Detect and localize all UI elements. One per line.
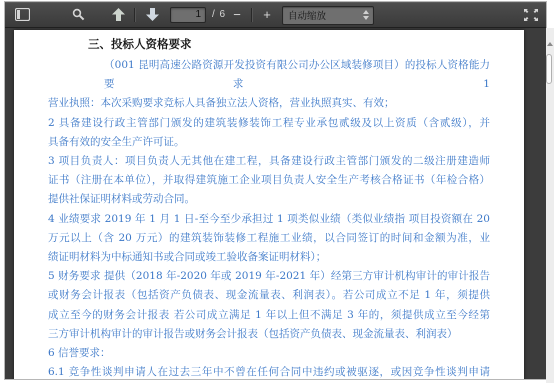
text-line: 营业执照：本次采购要求竞标人具备独立法人资格，营业执照真实、有效；	[48, 94, 490, 113]
text-line: 4 业绩要求 2019 年 1 月 1 日-至今至少承担过 1 项类似业绩（类似…	[48, 210, 490, 229]
document-text: （001 昆明高速公路资源开发投资有限公司办公区域装修项目）的投标人资格能力要求…	[48, 56, 490, 379]
presentation-mode-button[interactable]	[520, 5, 542, 25]
zoom-select-value: 自动缩放	[288, 8, 326, 22]
page-down-button[interactable]	[141, 5, 163, 25]
arrow-up-icon	[112, 8, 125, 21]
text-line: （001 昆明高速公路资源开发投资有限公司办公区域装修项目）的投标人资格能力要求…	[48, 56, 490, 94]
chevron-up-down-icon	[362, 10, 369, 20]
sidebar-toggle-icon	[15, 8, 30, 21]
text-line: 三方审计机构审计的审计报告或财务会计报表（包括资产负债表、现金流量表、利润表）	[48, 325, 490, 344]
toolbar-separator	[134, 8, 136, 22]
scrollbar-thumb[interactable]	[546, 54, 552, 84]
text-line: 具备有效的安全生产许可证。	[48, 133, 490, 152]
text-line: 5 财务要求 提供（2018 年-2020 年或 2019 年-2021 年）经…	[48, 267, 490, 286]
search-icon	[72, 8, 85, 21]
page-scrollbar[interactable]	[546, 28, 554, 383]
text-line: 证书（注册在本单位），并取得建筑施工企业项目负责人安全生产考核合格证书（年检合格…	[48, 171, 490, 190]
text-line: 成立至今的财务会计报表 若公司成立满足 1 年以上但不满足 3 年的，须提供成立…	[48, 306, 490, 325]
text-line: 6 信誉要求：	[48, 344, 490, 363]
toolbar-separator	[251, 8, 253, 22]
page-number-input[interactable]	[170, 7, 206, 23]
pdf-toolbar: / 6 − + 自动缩放	[5, 2, 546, 28]
arrow-down-icon	[146, 8, 159, 21]
text-line: 提供社保证明材料或劳动合同。	[48, 190, 490, 209]
viewer-content: 三、投标人资格要求 （001 昆明高速公路资源开发投资有限公司办公区域装修项目）…	[5, 28, 546, 379]
document-page: 三、投标人资格要求 （001 昆明高速公路资源开发投资有限公司办公区域装修项目）…	[14, 30, 524, 379]
sidebar-toggle-button[interactable]	[11, 5, 33, 25]
text-line: 万元以上（含 20 万元）的建筑装饰装修工程施工业绩，以合同签订的时间和金额为准…	[48, 229, 490, 248]
scroll-up-icon[interactable]	[546, 40, 554, 48]
zoom-controls: − + 自动缩放	[227, 2, 374, 28]
text-line: 或财务会计报表（包括资产负债表、现金流量表、利润表）。若公司成立不足 1 年，须…	[48, 286, 490, 305]
zoom-select[interactable]: 自动缩放	[282, 6, 374, 25]
search-button[interactable]	[67, 5, 89, 25]
fullscreen-icon	[524, 9, 538, 21]
page-count-label: / 6	[212, 9, 226, 20]
pdf-viewer: / 6 − + 自动缩放 三	[5, 2, 546, 379]
zoom-out-button[interactable]: −	[227, 5, 247, 25]
text-line: 3 项目负责人：项目负责人无其他在建工程，具备建设行政主管部门颁发的二级注册建造…	[48, 152, 490, 171]
text-line: 2 具备建设行政主管部门颁发的建筑装修装饰工程专业承包贰级及以上资质（含贰级），…	[48, 114, 490, 133]
zoom-in-button[interactable]: +	[257, 5, 277, 25]
text-line: 6.1 竞争性谈判申请人在过去三年中不曾在任何合同中违约或被驱逐，或因竞争性谈判…	[48, 363, 490, 379]
document-title: 三、投标人资格要求	[88, 36, 524, 52]
text-line: 绩证明材料为中标通知书或合同或竣工验收备案证明材料）；	[48, 248, 490, 267]
page-up-button[interactable]	[107, 5, 129, 25]
